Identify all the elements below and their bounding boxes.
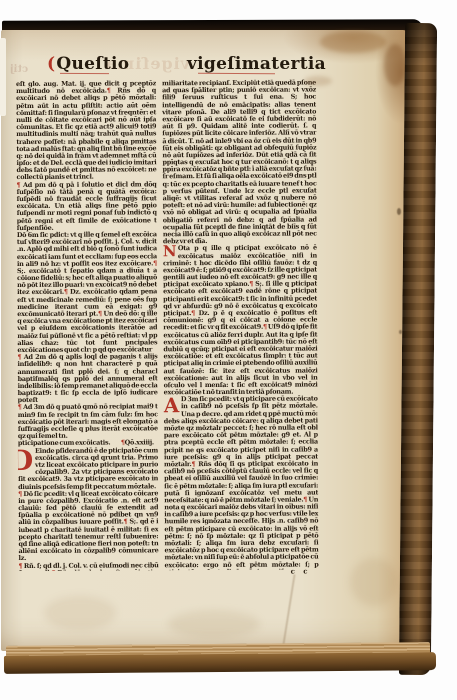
foxing-stain bbox=[304, 76, 332, 86]
pilcrow-mark: ¶ bbox=[18, 403, 22, 411]
text-paragraph: miliaritate recipianſ. Excipiūt etiā que… bbox=[162, 79, 317, 245]
foxing-stain bbox=[350, 558, 398, 606]
pilcrow-mark: ¶ bbox=[17, 181, 21, 189]
pilcrow-mark: ¶ bbox=[19, 562, 23, 570]
pilcrow-mark: ¶ bbox=[303, 495, 307, 503]
drop-cap-initial: N bbox=[163, 245, 177, 259]
pilcrow-mark: ¶ bbox=[249, 280, 253, 288]
pilcrow-mark: ¶ bbox=[18, 490, 22, 498]
photo-of-book: vigeſima ctij (Queſtio vigeſimatertia eſ… bbox=[0, 0, 457, 700]
pilcrow-mark: ¶ bbox=[107, 87, 111, 95]
text-paragraph: ¶ Ad 2m dō q aplis loql de paganis t ali… bbox=[17, 353, 157, 404]
pilcrow-mark: ¶ bbox=[51, 569, 55, 571]
foxing-stain bbox=[320, 31, 386, 53]
pilcrow-mark: ¶ bbox=[64, 288, 68, 296]
pilcrow-mark: ¶ bbox=[263, 323, 267, 331]
foxing-stain bbox=[168, 610, 260, 638]
text-paragraph: NOta p q ille q pticipat excōicato nō ē … bbox=[163, 245, 318, 397]
drop-cap-initial: A bbox=[164, 396, 179, 414]
text-paragraph: AD 3m ſic pcedit: vt q pticipare cū excō… bbox=[164, 396, 319, 571]
drop-cap-initial: D bbox=[16, 447, 33, 472]
text-paragraph: ¶ Ad 3m dō q puatō qmō nō recipiat mai9 … bbox=[18, 404, 158, 441]
pilcrow-mark: ¶ bbox=[98, 310, 102, 318]
pilcrow-mark: ¶ bbox=[191, 309, 195, 317]
text-column-left: eſt glo. aug. Mat. ij. que dicit q pcept… bbox=[16, 80, 159, 571]
pilcrow-mark: ¶ bbox=[17, 353, 21, 361]
foxing-stain bbox=[384, 44, 406, 86]
book-bottom-board-edge bbox=[4, 652, 436, 674]
text-paragraph: ¶Dō 6m ſic pdict: vt q ille q ſemel eſt … bbox=[17, 231, 158, 354]
text-paragraph: ¶ Ad pm dō q pā i ſolutio et dicl dm dōq… bbox=[17, 181, 157, 232]
book-fore-edge-binding bbox=[399, 23, 437, 675]
pilcrow-mark: ¶ bbox=[124, 518, 128, 526]
pilcrow-mark: ¶ bbox=[191, 460, 195, 468]
pilcrow-mark: ¶ bbox=[153, 259, 157, 267]
text-paragraph: ¶ Dō ſic pcedit: vl q liceat excōicato c… bbox=[18, 490, 158, 563]
text-paragraph: ¶ Rñ. ſ; qd dl. j. Col. v. cū eiuſmodi n… bbox=[19, 562, 159, 571]
foxing-stain bbox=[44, 596, 116, 630]
text-paragraph: eſt glo. aug. Mat. ij. que dicit q pcept… bbox=[16, 80, 157, 181]
text-paragraph: DEinde pſiderandū ē de pticipatōe cum ex… bbox=[18, 447, 158, 491]
text-column-right: miliaritate recipianſ. Excipiūt etiā que… bbox=[162, 79, 319, 570]
ink-speck bbox=[397, 208, 401, 215]
